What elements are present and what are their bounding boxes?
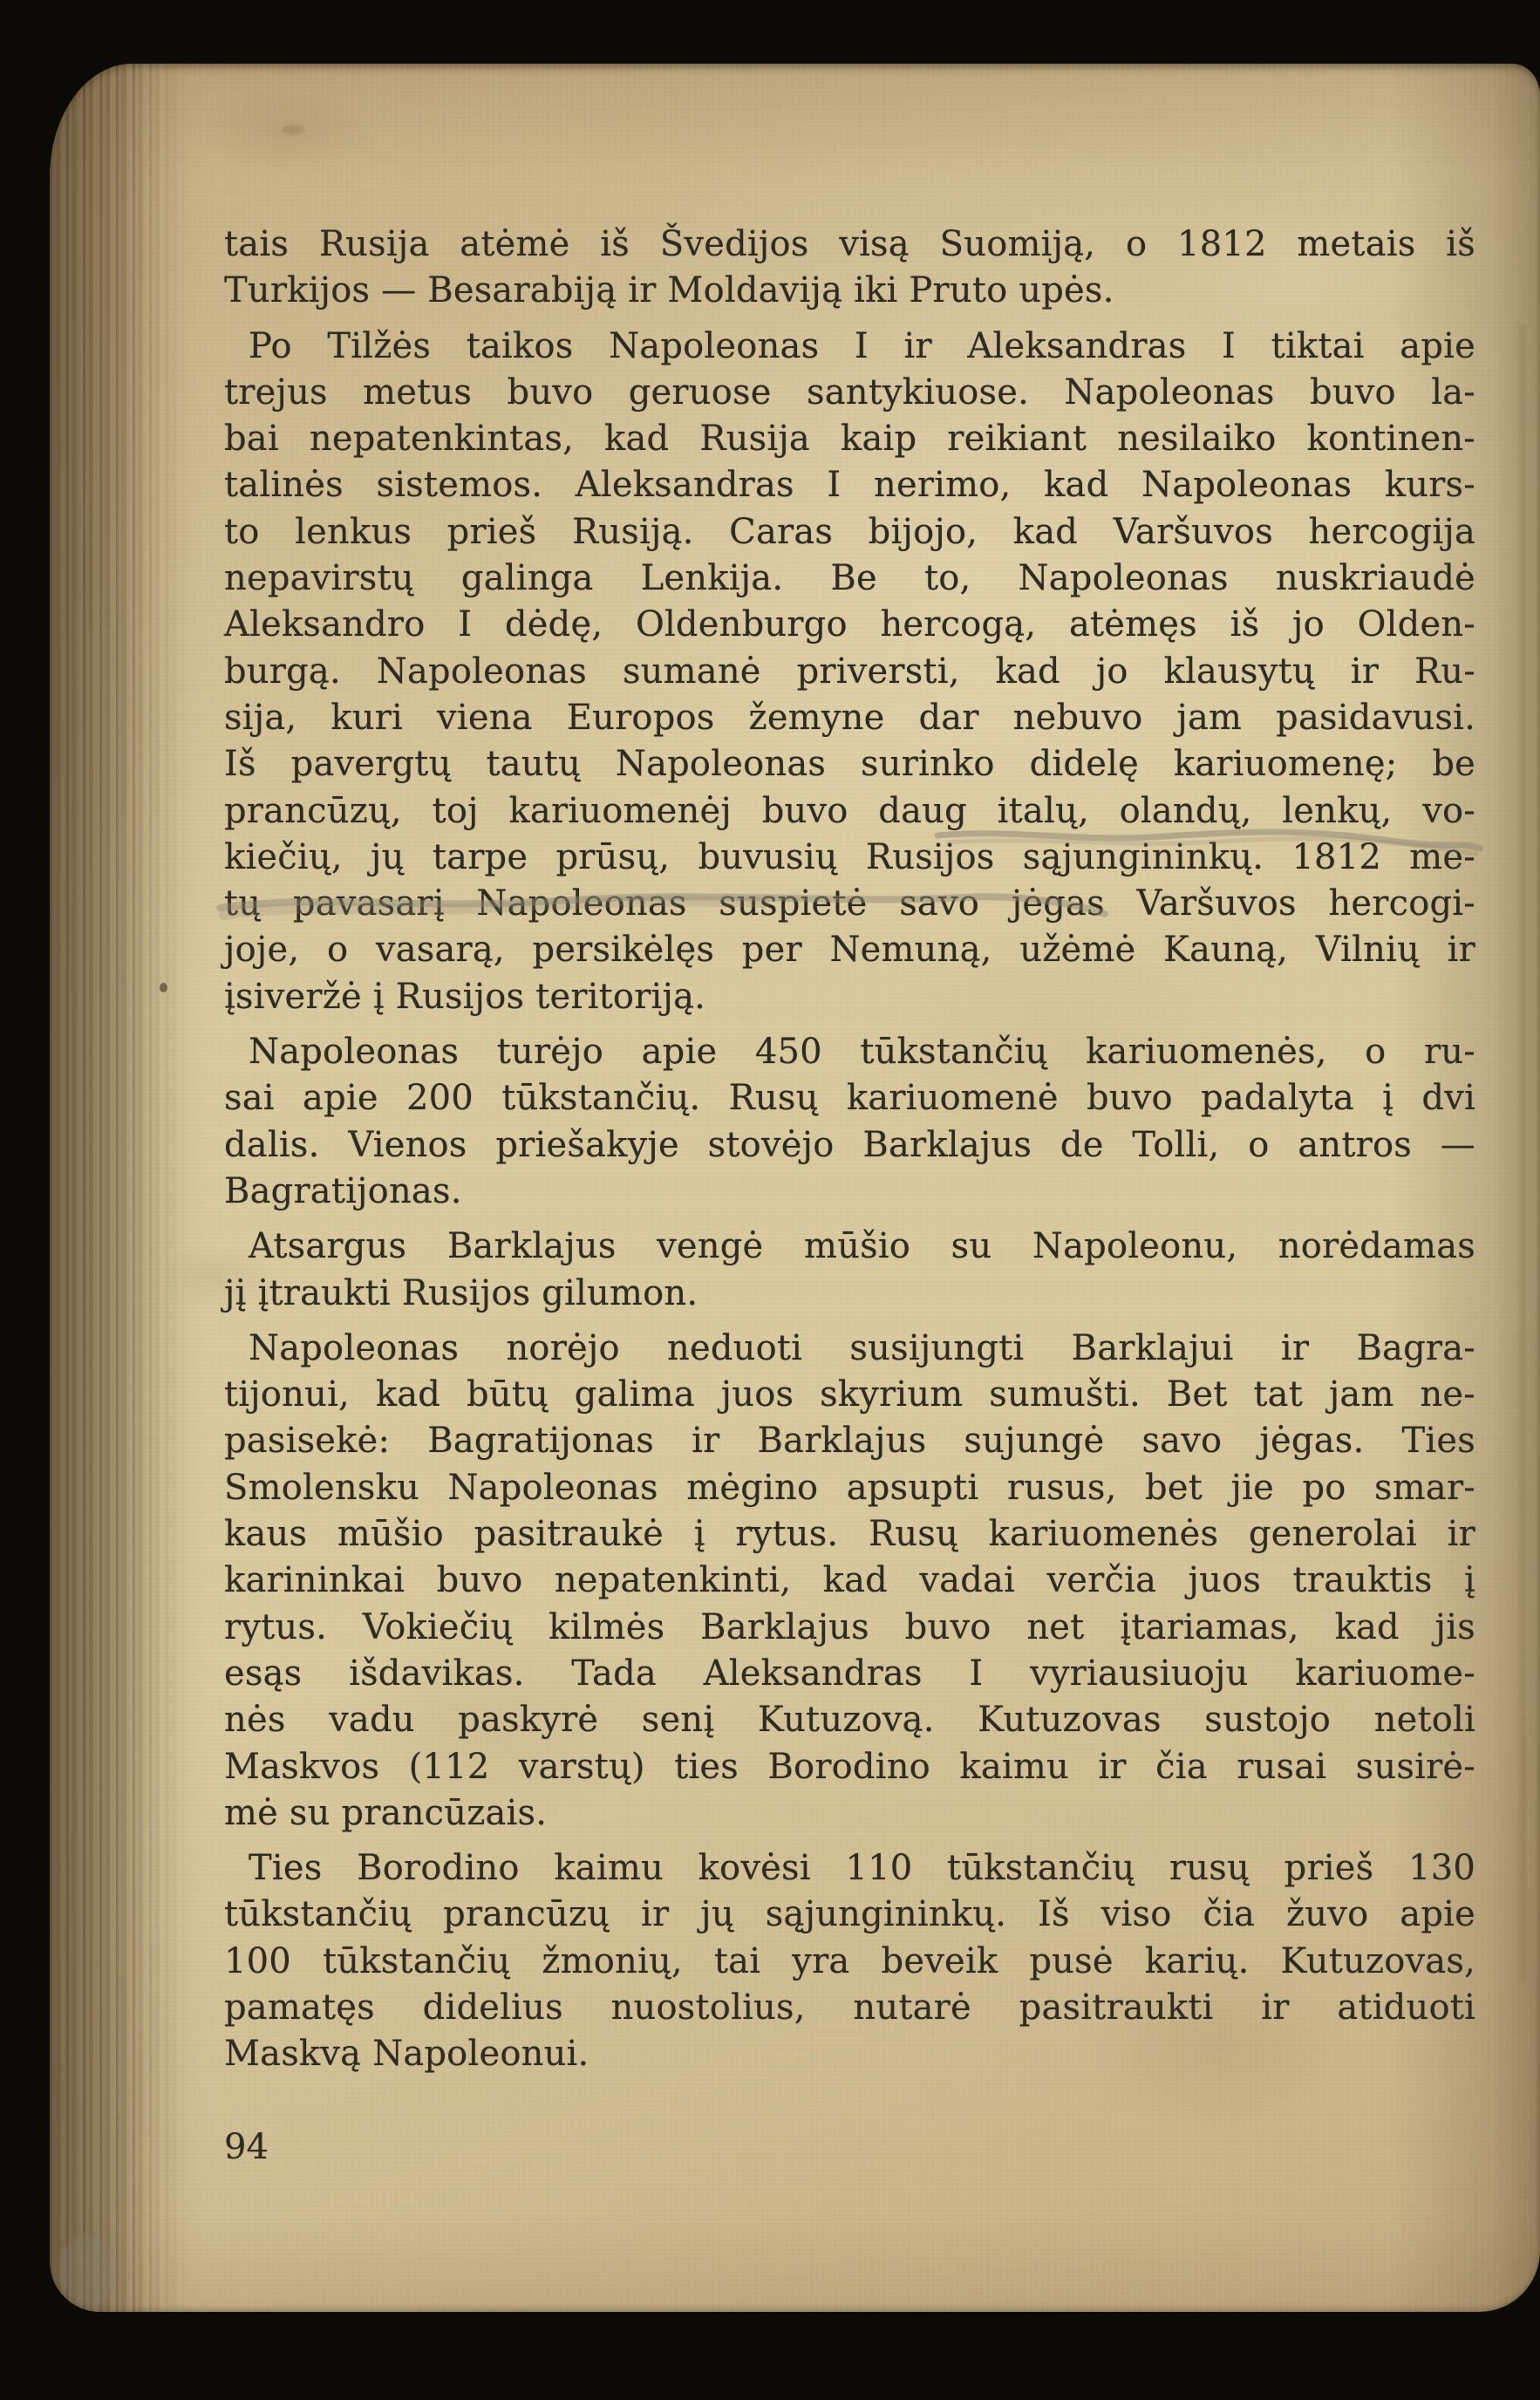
book-page: tais Rusija atėmė iš Švedijos visą Suomi… <box>50 64 1540 2312</box>
page-spine-edge <box>50 64 187 2312</box>
text-line: Napoleonas turėjo apie 450 tūkstančių ka… <box>224 1029 1475 1075</box>
text-line: talinės sistemos. Aleksandras I nerimo, … <box>224 462 1475 508</box>
text-line: sija, kuri viena Europos žemyne dar nebu… <box>224 695 1475 741</box>
text-line: trejus metus buvo geruose santykiuose. N… <box>224 370 1475 416</box>
text-line: mė su prancūzais. <box>224 1790 1475 1837</box>
text-line: Atsargus Barklajus vengė mūšio su Napole… <box>224 1224 1475 1270</box>
text-line: tūkstančių prancūzų ir jų sąjungininkų. … <box>224 1892 1475 1938</box>
text-line: Ties Borodino kaimu kovėsi 110 tūkstanči… <box>224 1845 1475 1892</box>
text-line: sai apie 200 tūkstančių. Rusų kariuomenė… <box>224 1075 1475 1122</box>
text-line: burgą. Napoleonas sumanė priversti, kad … <box>224 649 1475 695</box>
text-line: Maskvos (112 varstų) ties Borodino kaimu… <box>224 1744 1475 1790</box>
text-line: esąs išdavikas. Tada Aleksandras I vyria… <box>224 1651 1475 1697</box>
page-crease-line <box>1520 325 1525 1982</box>
text-line: Maskvą Napoleonui. <box>224 2031 1475 2077</box>
text-line: karininkai buvo nepatenkinti, kad vadai … <box>224 1558 1475 1604</box>
text-line: nepavirstų galinga Lenkija. Be to, Napol… <box>224 556 1475 602</box>
text-line: rytus. Vokiečių kilmės Barklajus buvo ne… <box>224 1605 1475 1651</box>
text-line: bai nepatenkintas, kad Rusija kaip reiki… <box>224 416 1475 462</box>
corner-wear-mark <box>58 2235 116 2307</box>
text-line: jį įtraukti Rusijos gilumon. <box>224 1271 1475 1317</box>
text-line: pamatęs didelius nuostolius, nutarė pasi… <box>224 1985 1475 2031</box>
text-line: Aleksandro I dėdę, Oldenburgo hercogą, a… <box>224 602 1475 648</box>
text-line: prancūzų, toj kariuomenėj buvo daug ital… <box>224 788 1475 835</box>
text-line: tijonui, kad būtų galima juos skyrium su… <box>224 1372 1475 1418</box>
text-line: Iš pavergtų tautų Napoleonas surinko did… <box>224 741 1475 787</box>
text-line: tų pavasarį Napoleonas suspietė savo jėg… <box>224 881 1475 927</box>
text-line: Po Tilžės taikos Napoleonas I ir Aleksan… <box>224 324 1475 370</box>
paper-stain <box>282 125 304 135</box>
text-line: Bagratijonas. <box>224 1169 1475 1215</box>
text-line: kiečių, jų tarpe prūsų, buvusių Rusijos … <box>224 835 1475 881</box>
text-line: 100 tūkstančių žmonių, tai yra beveik pu… <box>224 1939 1475 1985</box>
text-line: Napoleonas norėjo neduoti susijungti Bar… <box>224 1326 1475 1372</box>
text-line: pasisekė: Bagratijonas ir Barklajus suju… <box>224 1418 1475 1464</box>
text-block: tais Rusija atėmė iš Švedijos visą Suomi… <box>224 222 1475 2078</box>
page-number: 94 <box>224 2127 269 2167</box>
text-line: kaus mūšio pasitraukė į rytus. Rusų kari… <box>224 1511 1475 1558</box>
text-line: tais Rusija atėmė iš Švedijos visą Suomi… <box>224 222 1475 268</box>
text-line: įsiveržė į Rusijos teritoriją. <box>224 974 1475 1020</box>
text-line: joje, o vasarą, persikėlęs per Nemuną, u… <box>224 927 1475 973</box>
text-line: Turkijos — Besarabiją ir Moldaviją iki P… <box>224 268 1475 314</box>
text-line: nės vadu paskyrė senį Kutuzovą. Kutuzova… <box>224 1697 1475 1743</box>
text-line: to lenkus prieš Rusiją. Caras bijojo, ka… <box>224 509 1475 556</box>
paper-speck <box>160 983 167 992</box>
text-line: dalis. Vienos priešakyje stovėjo Barklaj… <box>224 1122 1475 1169</box>
photo-background: tais Rusija atėmė iš Švedijos visą Suomi… <box>0 0 1540 2400</box>
text-line: Smolensku Napoleonas mėgino apsupti rusu… <box>224 1465 1475 1511</box>
